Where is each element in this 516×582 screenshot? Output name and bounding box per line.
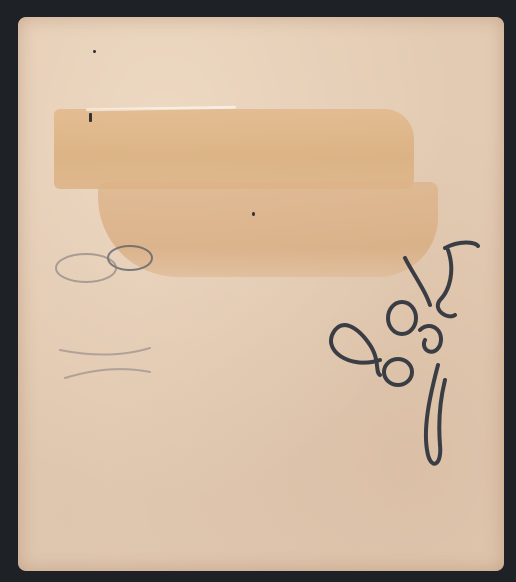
ink-speck — [93, 50, 96, 53]
stamp-back — [18, 17, 504, 571]
hinge-remnant-top — [54, 109, 414, 189]
ink-speck — [252, 212, 255, 216]
hinge-remnant-bottom — [98, 182, 438, 277]
ink-speck — [89, 113, 92, 122]
